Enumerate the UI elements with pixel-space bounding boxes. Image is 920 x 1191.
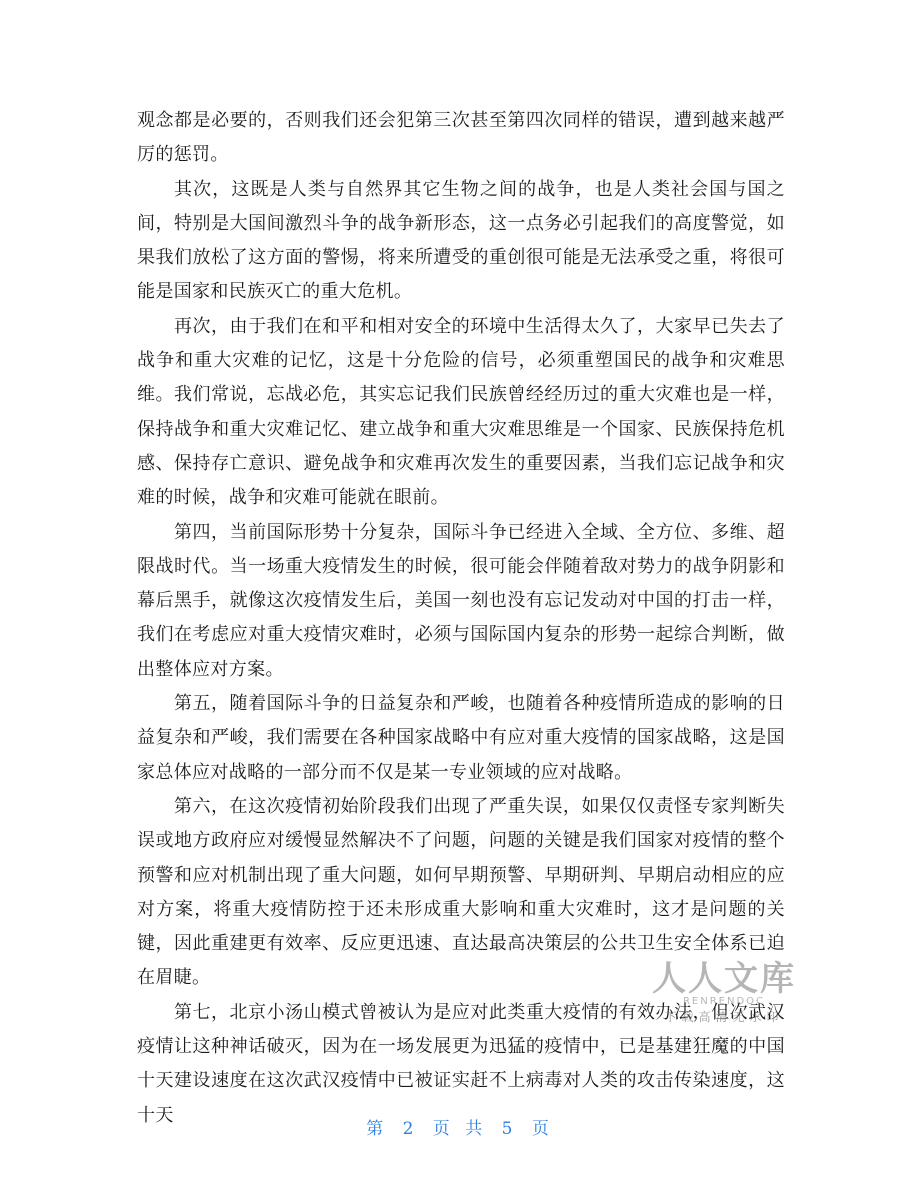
document-body: 观念都是必要的，否则我们还会犯第三次甚至第四次同样的错误，遭到越来越严厉的惩罚。… — [137, 104, 785, 1133]
paragraph-5: 第五，随着国际斗争的日益复杂和严峻，也随着各种疫情所造成的影响的日益复杂和严峻，… — [137, 687, 785, 790]
paragraph-2: 其次，这既是人类与自然界其它生物之间的战争，也是人类社会国与国之间，特别是大国间… — [137, 173, 785, 310]
current-page-number: 2 — [403, 1119, 419, 1139]
paragraph-1: 观念都是必要的，否则我们还会犯第三次甚至第四次同样的错误，遭到越来越严厉的惩罚。 — [137, 104, 785, 173]
page-footer: 第 2 页 共 5 页 — [0, 1114, 920, 1139]
footer-suffix: 页 — [532, 1119, 554, 1139]
footer-middle: 页 共 — [433, 1119, 487, 1139]
paragraph-4: 第四，当前国际形势十分复杂，国际斗争已经进入全域、全方位、多维、超限战时代。当一… — [137, 516, 785, 687]
footer-prefix: 第 — [366, 1119, 388, 1139]
total-pages-number: 5 — [502, 1119, 518, 1139]
paragraph-3: 再次，由于我们在和平和相对安全的环境中生活得太久了，大家早已失去了战争和重大灾难… — [137, 310, 785, 516]
paragraph-7: 第七，北京小汤山模式曾被认为是应对此类重大疫情的有效办法，但次武汉疫情让这种神话… — [137, 996, 785, 1133]
paragraph-6: 第六，在这次疫情初始阶段我们出现了严重失误，如果仅仅责怪专家判断失误或地方政府应… — [137, 790, 785, 996]
